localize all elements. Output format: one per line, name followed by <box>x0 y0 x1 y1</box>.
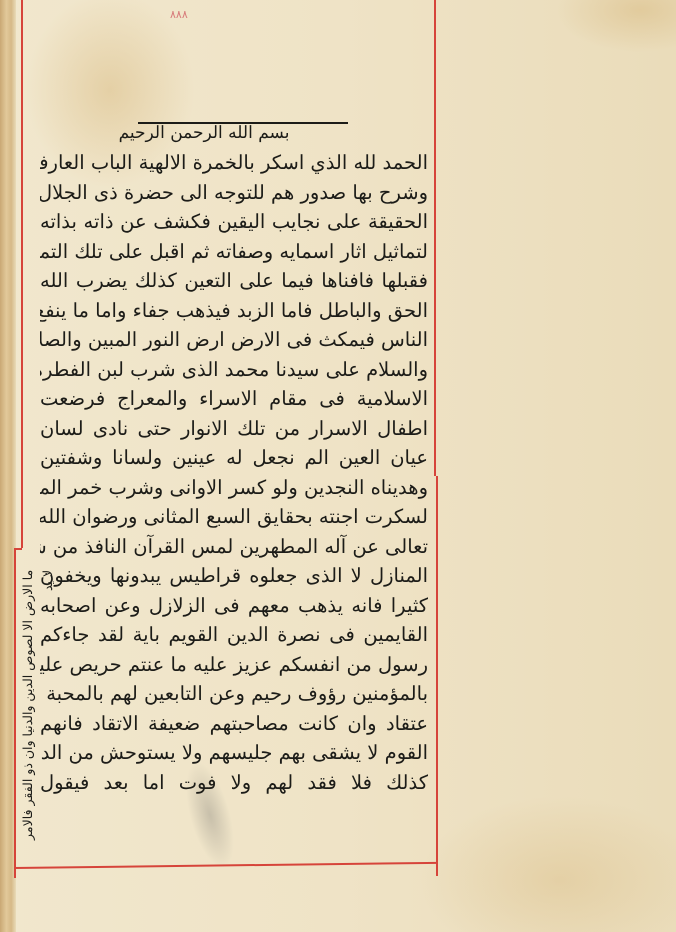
text-line: لسكرت اجنته بحقايق السبع المثانى ورضوان … <box>40 502 428 532</box>
text-line: فقبلها فافناها فيما على التعين كذلك يضرب… <box>40 266 428 296</box>
margin-note-line: ذلك عنهم الا من يملك ما لهم من الاوليا <box>58 570 62 850</box>
text-line: كذلك فلا فقد لهم ولا فوت اما بعد فيقول <box>40 768 428 798</box>
text-line: القايمين فى نصرة الدين القويم باية لقد ج… <box>40 620 428 650</box>
text-line: وشرح بها صدور هم للتوجه الى حضرة ذى الجل… <box>40 178 428 208</box>
text-line: وهديناه النجدين ولو كسر الاوانى وشرب خمر… <box>40 473 428 503</box>
text-line: عيان العين الم نجعل له عينين ولسانا وشفت… <box>40 443 428 473</box>
text-line: الحقيقة على نجايب اليقين فكشف عن ذاته بذ… <box>40 207 428 237</box>
text-line: الحمد لله الذي اسكر بالخمرة الالهية البا… <box>40 148 428 178</box>
folio-mark: ٨٨٨ <box>170 8 188 21</box>
text-line: بالمؤمنين رؤوف رحيم وعن التابعين لهم بال… <box>40 679 428 709</box>
margin-note-line: ما الارض الا لصوص الدين والدنيا وان ذو ا… <box>18 570 58 850</box>
frame-rule-right-lower <box>436 476 438 876</box>
text-line: كثيرا فانه يذهب معهم فى الزلازل وعن اصحا… <box>40 591 428 621</box>
manuscript-page: ٨٨٨ بسم الله الرحمن الرحيم الحمد لله الذ… <box>0 0 676 932</box>
text-line: المنازل لا الذى جعلوه قراطيس يبدونها ويخ… <box>40 561 428 591</box>
basmala-heading: بسم الله الرحمن الرحيم <box>40 118 368 148</box>
text-line: اطفال الاسرار من تلك الانوار حتى نادى لس… <box>40 414 428 444</box>
text-line: الحق والباطل فاما الزبد فيذهب جفاء واما … <box>40 296 428 326</box>
text-line: عتقاد وان كانت مصاحبتهم ضعيفة الاتقاد فا… <box>40 709 428 739</box>
text-line: لتماثيل اثار اسمايه وصفاته ثم اقبل على ت… <box>40 237 428 267</box>
text-line: الاسلامية فى مقام الاسراء والمعراج فرضعت <box>40 384 428 414</box>
frame-rule-left-upper <box>21 0 23 548</box>
text-line: القوم لا يشقى بهم جليسهم ولا يستوحش من ا… <box>40 738 428 768</box>
text-line: تعالى عن آله المطهرين لمس القرآن النافذ … <box>40 532 428 562</box>
frame-rule-left-lower <box>14 548 16 878</box>
text-line: والسلام على سيدنا محمد الذى شرب لبن الفط… <box>40 355 428 385</box>
main-text-block: بسم الله الرحمن الرحيم الحمد لله الذي اس… <box>40 118 428 797</box>
text-line: رسول من انفسكم عزيز عليه ما عنتم حريص عل… <box>40 650 428 680</box>
marginal-annotation: ما الارض الا لصوص الدين والدنيا وان ذو ا… <box>18 570 62 850</box>
frame-rule-right-upper <box>434 0 436 476</box>
text-line: الناس فيمكث فى الارض ارض النور المبين وا… <box>40 325 428 355</box>
